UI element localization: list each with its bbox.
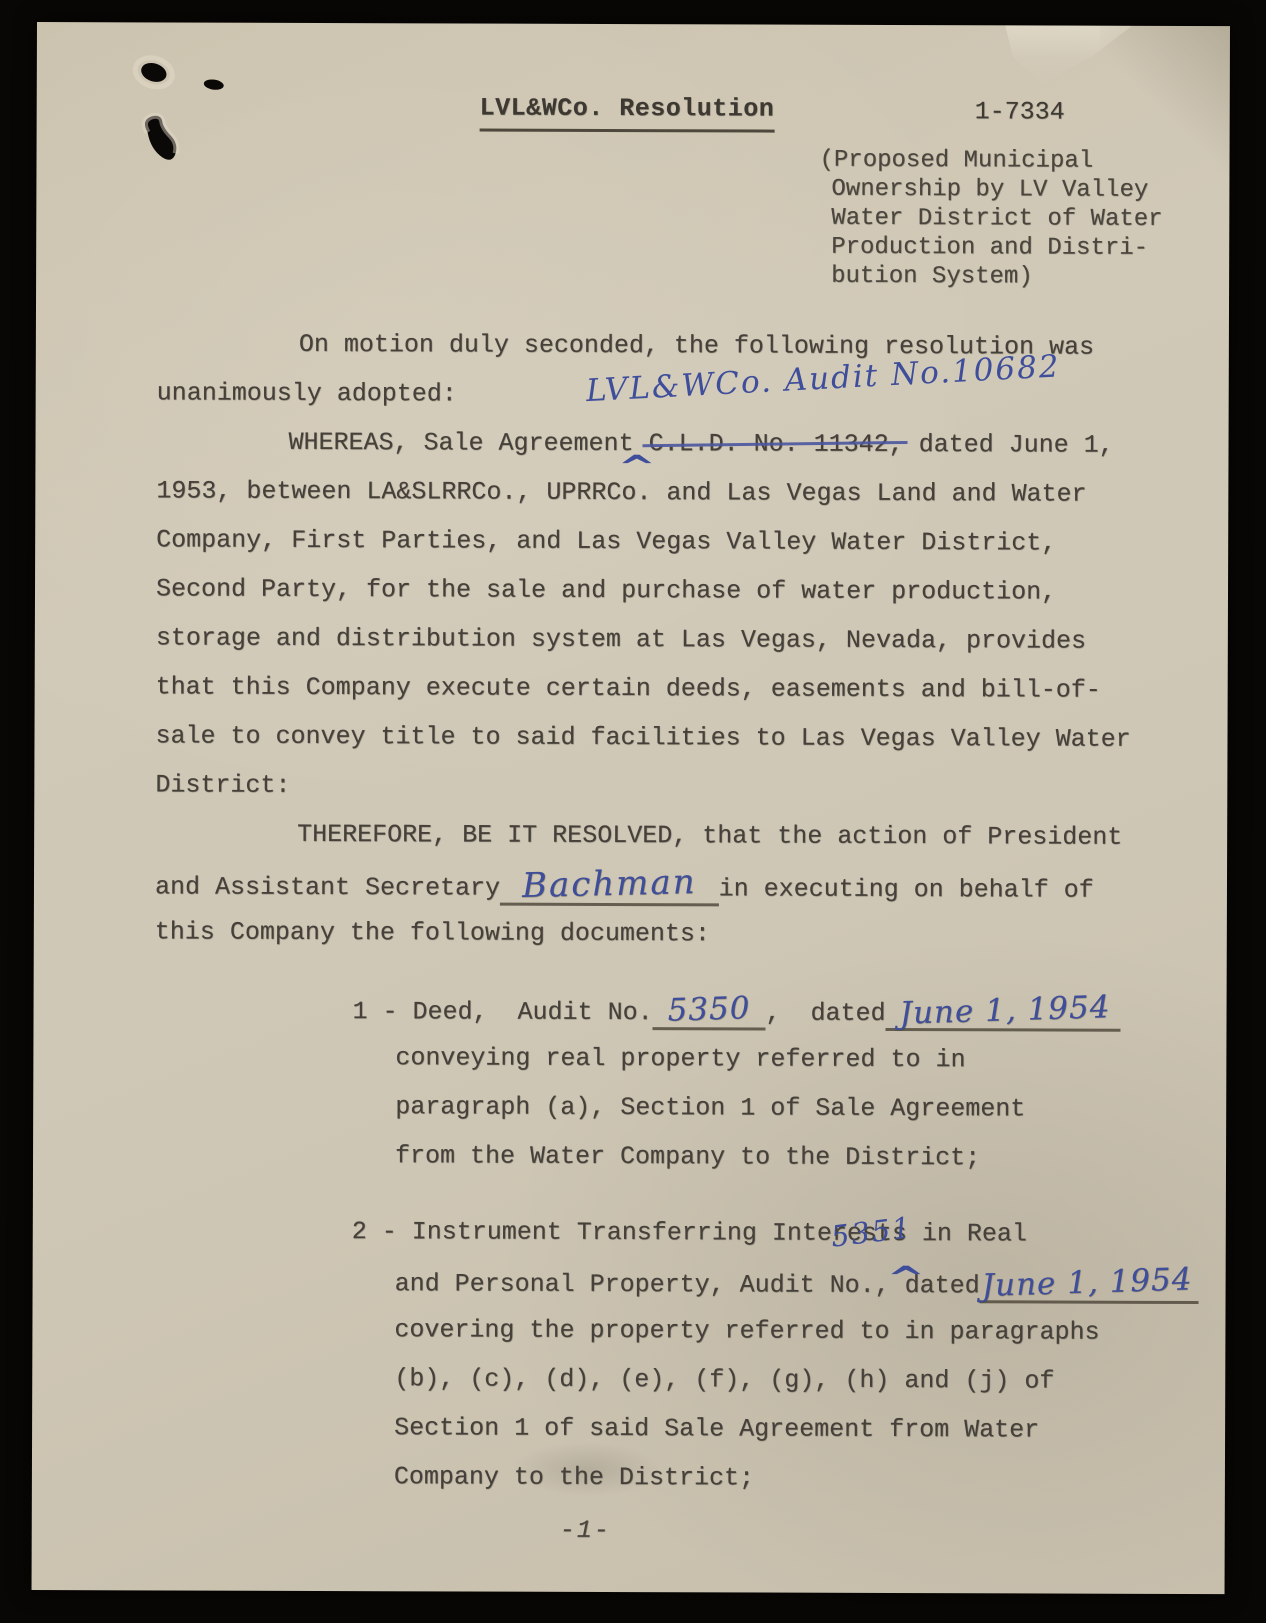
- typed-segment: in executing on behalf of: [719, 874, 1094, 904]
- signature-underline: Bachman: [500, 874, 719, 907]
- document-number: 1-7334: [975, 97, 1065, 126]
- scanned-document-photo: { "colors": { "background": "#090705", "…: [0, 0, 1266, 1623]
- subject-block: (Proposed Municipal Ownership by LV Vall…: [819, 146, 1163, 292]
- list-item-line: covering the property referred to in par…: [153, 1304, 1163, 1357]
- typed-line: THEREFORE, BE IT RESOLVED, that the acti…: [155, 809, 1165, 862]
- subject-line: (Proposed Municipal: [819, 146, 1162, 176]
- list-item-line: conveying real property referred to in: [154, 1032, 1164, 1085]
- handwritten-date: June 1, 1954: [899, 983, 1111, 1039]
- typed-segment: and Personal Property, Audit No.,: [395, 1269, 905, 1300]
- insertion-caret: ^: [617, 452, 656, 483]
- typed-segment: WHEREAS, Sale Agreement: [288, 428, 648, 458]
- list-item-line: 1 - Deed, Audit No.5350, datedJune 1, 19…: [154, 983, 1164, 1036]
- page-number: -1-: [560, 1516, 611, 1545]
- typed-segment: dated June 1,: [904, 430, 1114, 460]
- audit-number-underline: 5350: [653, 998, 766, 1030]
- subject-line: bution System): [819, 262, 1162, 292]
- list-item-line: Section 1 of said Sale Agreement from Wa…: [153, 1402, 1163, 1455]
- document-title: LVL&WCo. Resolution: [480, 94, 775, 133]
- handwritten-name: Bachman: [522, 858, 698, 911]
- list-item-line: 2 - Instrument Transferring Interests in…: [154, 1206, 1164, 1259]
- typed-line: WHEREAS, Sale Agreement C.L.D. No. 11342…: [156, 417, 1166, 470]
- document-page: LVL&WCo. Resolution 1-7334 (Proposed Mun…: [32, 22, 1230, 1594]
- typed-line: sale to convey title to said facilities …: [155, 711, 1165, 764]
- handwritten-audit-number: 5350: [667, 984, 751, 1036]
- insertion-caret: ^: [887, 1263, 926, 1294]
- typed-line: Company, First Parties, and Las Vegas Va…: [156, 515, 1166, 568]
- list-item-line: (b), (c), (d), (e), (f), (g), (h) and (j…: [153, 1353, 1163, 1406]
- list-item-line: paragraph (a), Section 1 of Sale Agreeme…: [154, 1081, 1164, 1134]
- struck-out-text: C.L.D. No. 11342,: [649, 429, 904, 459]
- typed-segment: , dated: [765, 999, 885, 1028]
- document-body: On motion duly seconded, the following r…: [153, 319, 1167, 1504]
- typed-line: this Company the following documents:: [155, 907, 1165, 960]
- typed-line: Second Party, for the sale and purchase …: [156, 564, 1166, 617]
- handwritten-date: June 1, 1954: [981, 1255, 1193, 1311]
- typed-segment: and Assistant Secretary: [155, 872, 500, 902]
- list-item-line: from the Water Company to the District;: [154, 1130, 1164, 1183]
- typed-line: that this Company execute certain deeds,…: [156, 662, 1166, 715]
- subject-line: Ownership by LV Valley: [819, 175, 1162, 205]
- subject-line: Production and Distri-: [819, 233, 1162, 263]
- typed-line: 1953, between LA&SLRRCo., UPRRCo. and La…: [156, 466, 1166, 519]
- typed-line: and Assistant SecretaryBachmanin executi…: [155, 858, 1165, 911]
- typed-segment: 1 - Deed, Audit No.: [352, 997, 652, 1027]
- typed-line: storage and distribution system at Las V…: [156, 613, 1166, 666]
- list-item-line: and Personal Property, Audit No., datedJ…: [154, 1255, 1164, 1308]
- date-underline: June 1, 1954: [980, 1271, 1199, 1304]
- list-item-line: Company to the District;: [153, 1451, 1163, 1504]
- staple-holes-and-tears: [121, 36, 262, 186]
- subject-line: Water District of Water: [819, 204, 1162, 234]
- date-underline: June 1, 1954: [885, 999, 1120, 1032]
- typed-line: District:: [155, 760, 1165, 813]
